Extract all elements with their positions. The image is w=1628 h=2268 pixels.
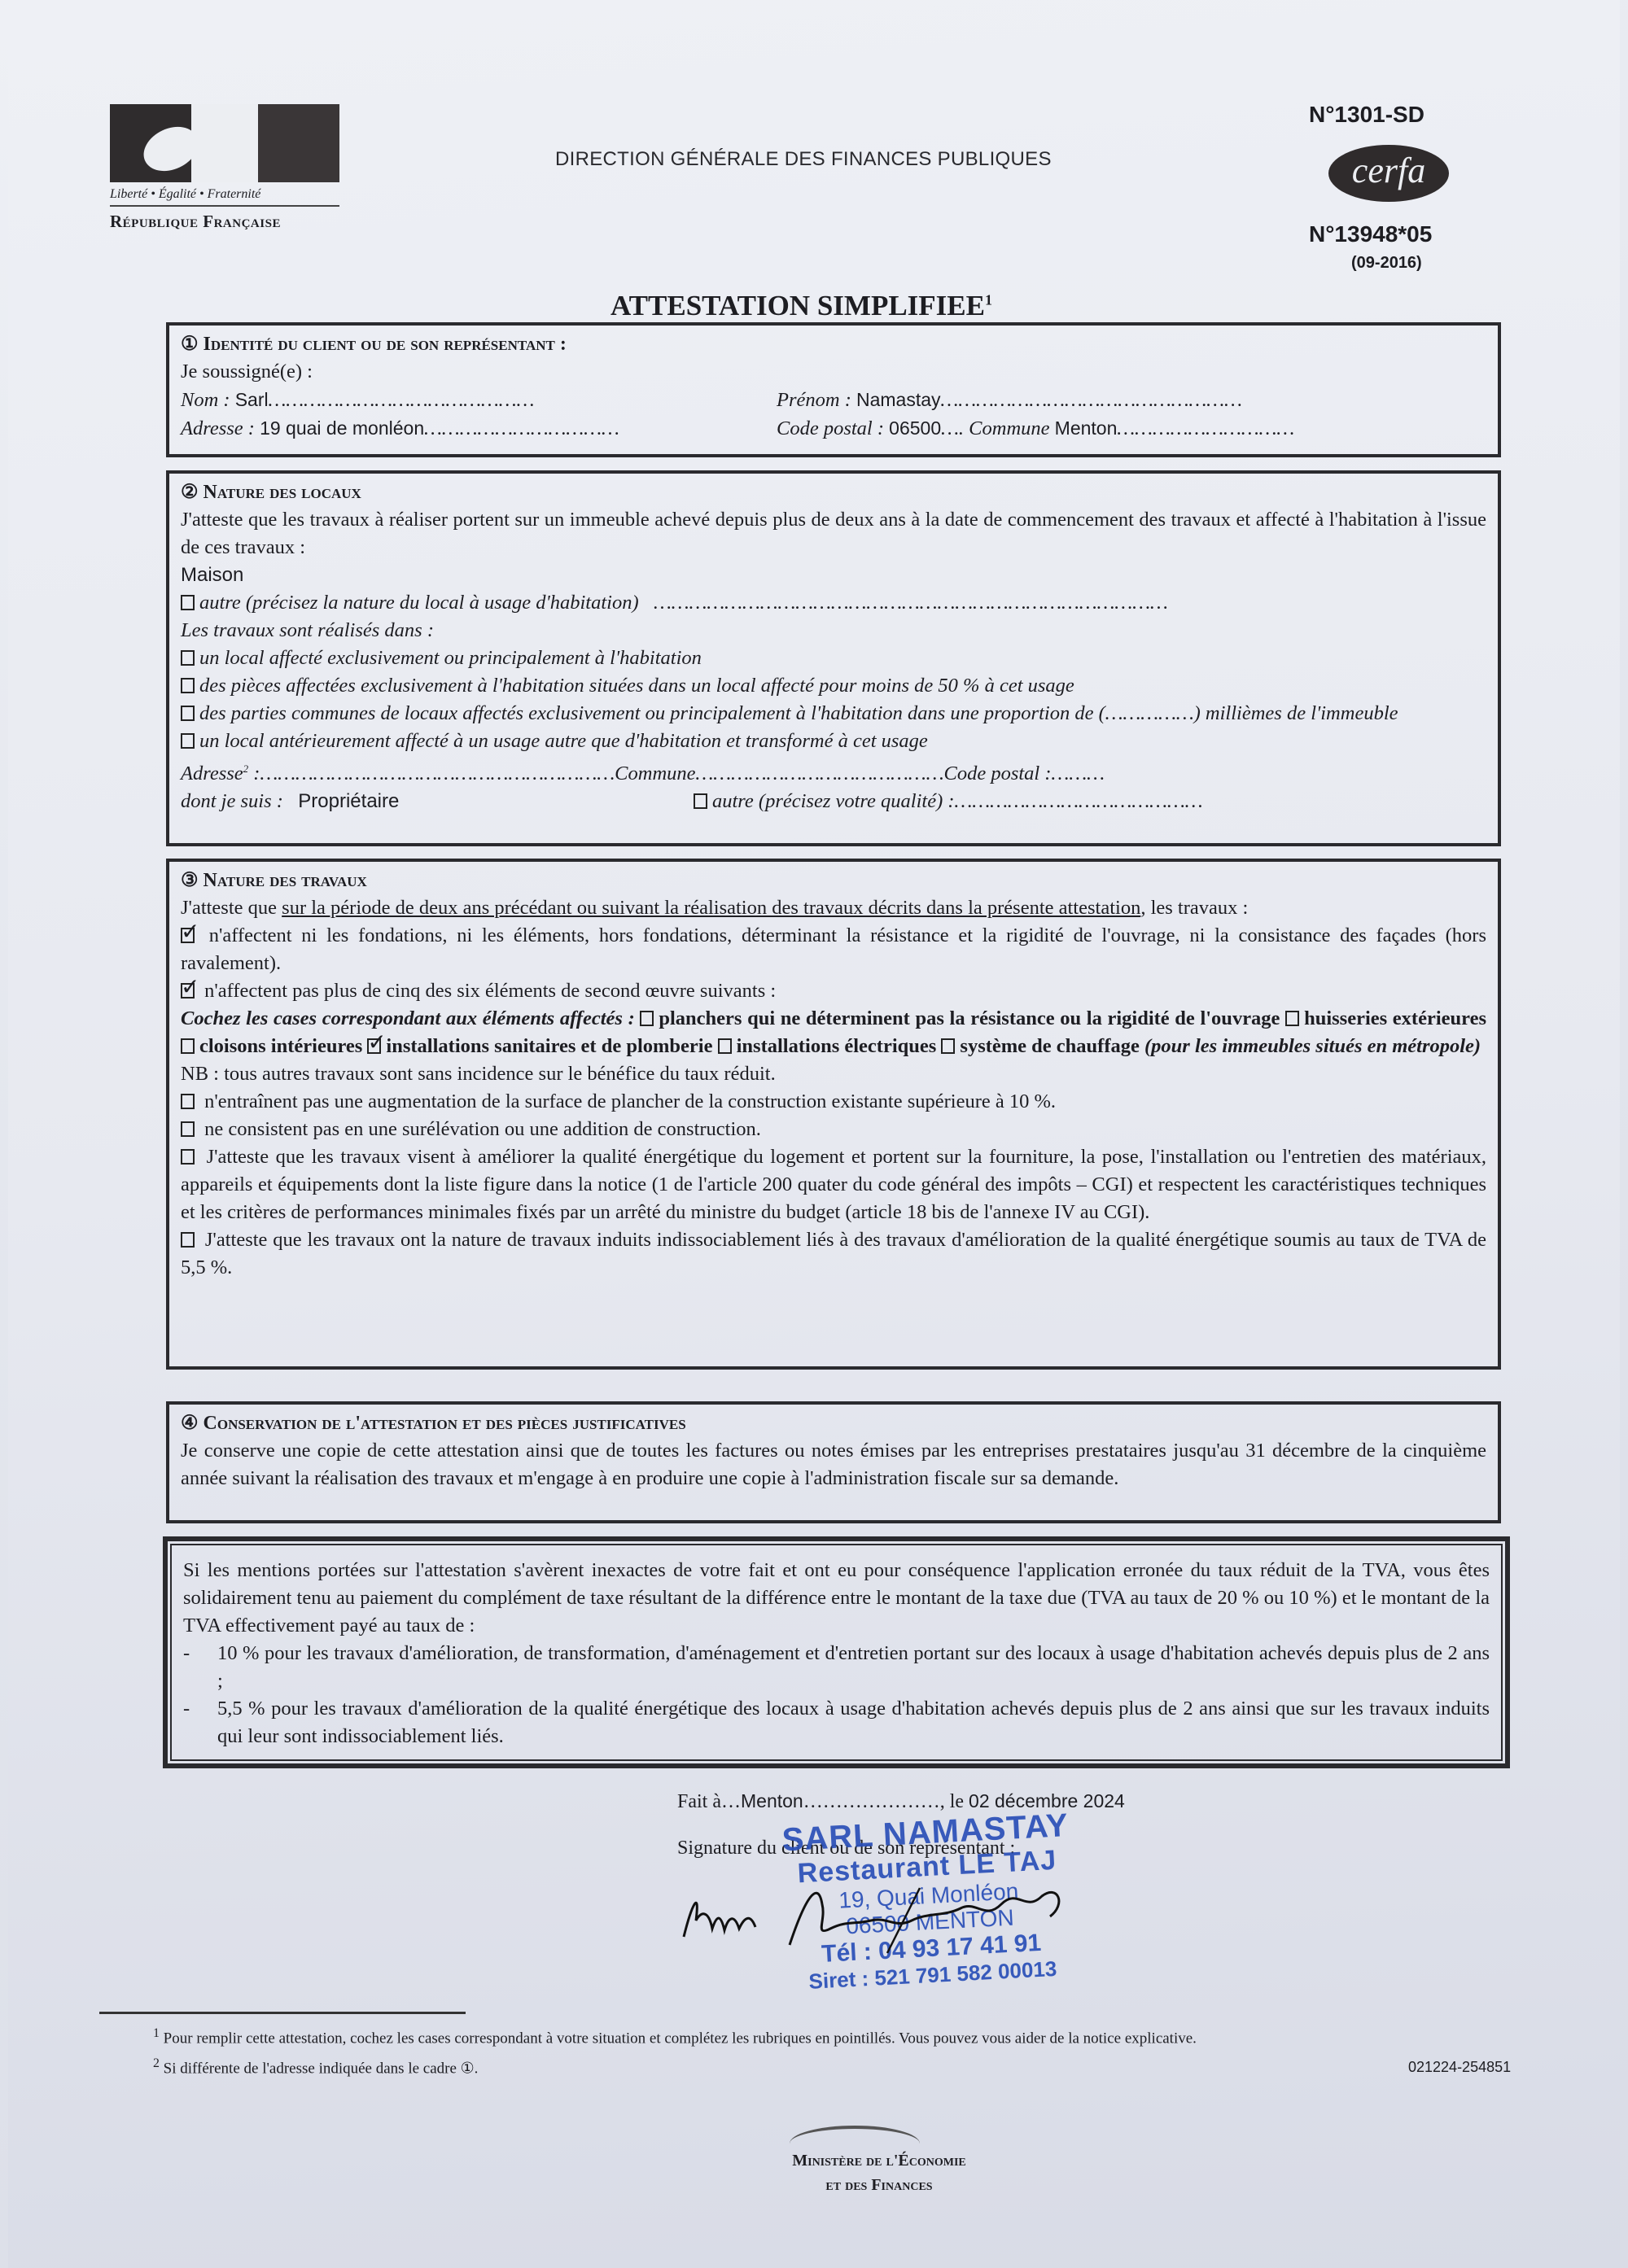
- section-title: ② Nature des locaux: [181, 479, 1486, 506]
- checkbox[interactable]: [181, 733, 195, 749]
- nb-note: NB : tous autres travaux sont sans incid…: [181, 1060, 1486, 1088]
- commune-value[interactable]: Menton: [1055, 417, 1118, 439]
- element-label: système de chauffage: [960, 1035, 1139, 1057]
- checkbox[interactable]: [718, 1038, 732, 1054]
- section-intro: J'atteste que sur la période de deux ans…: [181, 894, 1486, 922]
- handwritten-signature-icon: [676, 1872, 1115, 1961]
- checkbox[interactable]: [181, 1094, 195, 1109]
- qualite-field[interactable]: dont je suis : Propriétaire: [181, 788, 694, 815]
- marianne-icon: [110, 104, 339, 182]
- section-identite: ① Identité du client ou de son représent…: [166, 322, 1501, 457]
- intro-label: Je soussigné(e) :: [181, 358, 1486, 386]
- local-option-1[interactable]: un local affecté exclusivement ou princi…: [181, 645, 1486, 672]
- section-conservation: ④ Conservation de l'attestation et des p…: [166, 1401, 1501, 1523]
- travaux-item-1[interactable]: n'affectent ni les fondations, ni les él…: [181, 922, 1486, 977]
- element-sanitaires[interactable]: installations sanitaires et de plomberie: [367, 1035, 712, 1057]
- autre-local-option[interactable]: autre (précisez la nature du local à usa…: [181, 589, 1486, 617]
- intro-underlined: sur la période de deux ans précédant ou …: [282, 897, 1140, 919]
- footnote-mark: 1: [153, 2026, 160, 2040]
- motto: Liberté • Égalité • Fraternité: [110, 187, 339, 207]
- autre-label: autre (précisez la nature du local à usa…: [199, 592, 639, 614]
- option-label: un local affecté exclusivement ou princi…: [199, 647, 702, 669]
- travaux-item-3[interactable]: n'entraînent pas une augmentation de la …: [181, 1088, 1486, 1116]
- bullet-text: 10 % pour les travaux d'amélioration, de…: [217, 1640, 1490, 1695]
- checkbox[interactable]: [640, 1011, 654, 1026]
- chauffage-note: (pour les immeubles situés en métropole): [1144, 1035, 1481, 1057]
- element-cloisons[interactable]: cloisons intérieures: [181, 1035, 362, 1057]
- agency-name: DIRECTION GÉNÉRALE DES FINANCES PUBLIQUE…: [555, 148, 1052, 171]
- section-title: ③ Nature des travaux: [181, 867, 1486, 894]
- title-footnote-mark: 1: [985, 291, 992, 308]
- code-postal-value[interactable]: 06500: [889, 417, 941, 439]
- section-title: ④ Conservation de l'attestation et des p…: [181, 1409, 1486, 1437]
- form-page: Liberté • Égalité • Fraternité Républiqu…: [8, 0, 1620, 2268]
- local-option-4[interactable]: un local antérieurement affecté à un usa…: [181, 728, 1486, 755]
- adresse-travaux-field[interactable]: Adresse2 :……………………………………………………Commune…………: [181, 755, 1486, 788]
- element-label: huisseries extérieures: [1304, 1007, 1486, 1029]
- checkbox-checked[interactable]: [367, 1038, 381, 1054]
- warning-bullet: -10 % pour les travaux d'amélioration, d…: [183, 1640, 1490, 1695]
- element-label: installations sanitaires et de plomberie: [386, 1035, 712, 1057]
- ministry-name: Ministère de l'Économie et des Finances: [708, 2148, 1050, 2197]
- section-nature-locaux: ② Nature des locaux J'atteste que les tr…: [166, 470, 1501, 846]
- travaux-item-2[interactable]: n'affectent pas plus de cinq des six élé…: [181, 977, 1486, 1005]
- code-postal-label: Code postal :: [944, 763, 1052, 784]
- item-label: J'atteste que les travaux ont la nature …: [181, 1229, 1486, 1278]
- code-postal-commune-field[interactable]: Code postal : 06500…. Commune Menton……………: [777, 414, 1294, 443]
- adresse-field[interactable]: Adresse : 19 quai de monléon……………………………: [181, 414, 777, 443]
- footnote-text: Si différente de l'adresse indiquée dans…: [164, 2060, 479, 2077]
- checkbox[interactable]: [694, 793, 707, 809]
- commune-label: Commune: [969, 417, 1049, 439]
- footnote-2: 2 Si différente de l'adresse indiquée da…: [153, 2056, 478, 2078]
- form-number: N°1301-SD: [1309, 102, 1424, 128]
- checkbox-checked[interactable]: [181, 928, 195, 943]
- footnote-1: 1 Pour remplir cette attestation, cochez…: [153, 2026, 1197, 2047]
- footnote-divider: [99, 2012, 466, 2014]
- cerfa-number: N°13948*05: [1309, 221, 1432, 247]
- nom-value[interactable]: Sarl: [235, 389, 269, 410]
- checkbox[interactable]: [181, 706, 195, 721]
- document-code: 021224-254851: [1408, 2059, 1511, 2076]
- nom-field[interactable]: Nom : Sarl………………………………………: [181, 386, 777, 414]
- checkbox[interactable]: [181, 650, 195, 666]
- option-label: un local antérieurement affecté à un usa…: [199, 730, 928, 752]
- intro-post: , les travaux :: [1140, 897, 1248, 919]
- code-postal-label: Code postal :: [777, 417, 884, 439]
- intro-pre: J'atteste que: [181, 897, 282, 919]
- checkbox-checked[interactable]: [181, 983, 195, 999]
- fait-value[interactable]: Menton: [741, 1790, 803, 1811]
- prenom-value[interactable]: Namastay: [856, 389, 941, 410]
- travaux-item-5[interactable]: J'atteste que les travaux visent à améli…: [181, 1143, 1486, 1226]
- nom-label: Nom :: [181, 389, 230, 411]
- checkbox[interactable]: [181, 1121, 195, 1137]
- footnote-mark: 2: [153, 2056, 160, 2070]
- item-label: n'entraînent pas une augmentation de la …: [204, 1090, 1056, 1112]
- prenom-field[interactable]: Prénom : Namastay……………………………………………: [777, 386, 1242, 414]
- realises-label: Les travaux sont réalisés dans :: [181, 617, 1486, 645]
- element-label: installations électriques: [737, 1035, 937, 1057]
- prenom-label: Prénom :: [777, 389, 851, 411]
- cerfa-logo-icon: cerfa: [1328, 145, 1449, 202]
- element-planchers[interactable]: planchers qui ne déterminent pas la rési…: [640, 1007, 1280, 1029]
- option-label: des pièces affectées exclusivement à l'h…: [199, 675, 1074, 697]
- checkbox[interactable]: [941, 1038, 955, 1054]
- checkbox[interactable]: [181, 678, 195, 693]
- cerfa-date: (09-2016): [1351, 254, 1422, 273]
- nature-value[interactable]: Maison: [181, 562, 1486, 589]
- warning-text: Si les mentions portées sur l'attestatio…: [183, 1557, 1490, 1640]
- commune-label: Commune: [615, 763, 695, 784]
- adresse-label: Adresse: [181, 763, 243, 784]
- republic-name: République Française: [110, 212, 339, 232]
- checkbox[interactable]: [181, 595, 195, 610]
- elements-list: Cochez les cases correspondant aux éléme…: [181, 1005, 1486, 1060]
- checkbox[interactable]: [1285, 1011, 1299, 1026]
- checkbox[interactable]: [181, 1149, 195, 1165]
- ministry-line-2: et des Finances: [708, 2173, 1050, 2197]
- fait-label: Fait à: [677, 1791, 721, 1812]
- qualite-value[interactable]: Propriétaire: [298, 790, 399, 812]
- checkbox[interactable]: [181, 1232, 195, 1248]
- checkbox[interactable]: [181, 1038, 195, 1054]
- adresse-value[interactable]: 19 quai de monléon: [260, 417, 424, 439]
- adresse-label: Adresse :: [181, 417, 255, 439]
- warning-bullet: -5,5 % pour les travaux d'amélioration d…: [183, 1695, 1490, 1750]
- element-electriques[interactable]: installations électriques: [718, 1035, 937, 1057]
- item-label: n'affectent ni les fondations, ni les él…: [181, 924, 1486, 974]
- ministry-line-1: Ministère de l'Économie: [708, 2148, 1050, 2173]
- element-huisseries[interactable]: huisseries extérieures: [1285, 1007, 1486, 1029]
- section-title: ① Identité du client ou de son représent…: [181, 330, 1486, 358]
- autre-qualite-label: autre (précisez votre qualité) :: [712, 790, 955, 812]
- cochez-label: Cochez les cases correspondant aux éléme…: [181, 1007, 635, 1029]
- travaux-item-6[interactable]: J'atteste que les travaux ont la nature …: [181, 1226, 1486, 1282]
- option-label: des parties communes de locaux affectés …: [199, 702, 1398, 724]
- element-label: planchers qui ne déterminent pas la rési…: [659, 1007, 1280, 1029]
- warning-box: Si les mentions portées sur l'attestatio…: [163, 1536, 1510, 1768]
- dont-label: dont je suis :: [181, 790, 283, 812]
- local-option-3[interactable]: des parties communes de locaux affectés …: [181, 700, 1486, 728]
- item-label: n'affectent pas plus de cinq des six élé…: [204, 980, 776, 1002]
- republique-francaise-logo: Liberté • Égalité • Fraternité Républiqu…: [110, 104, 339, 232]
- bullet-text: 5,5 % pour les travaux d'amélioration de…: [217, 1695, 1490, 1750]
- section-nature-travaux: ③ Nature des travaux J'atteste que sur l…: [166, 859, 1501, 1370]
- le-label: le: [950, 1791, 964, 1812]
- footnote-text: Pour remplir cette attestation, cochez l…: [164, 2030, 1197, 2047]
- element-chauffage[interactable]: système de chauffage: [941, 1035, 1139, 1057]
- item-label: ne consistent pas en une surélévation ou…: [204, 1118, 761, 1140]
- section-text: Je conserve une copie de cette attestati…: [181, 1437, 1486, 1492]
- section-intro: J'atteste que les travaux à réaliser por…: [181, 506, 1486, 562]
- title-text: ATTESTATION SIMPLIFIEE: [610, 290, 985, 321]
- local-option-2[interactable]: des pièces affectées exclusivement à l'h…: [181, 672, 1486, 700]
- autre-qualite-option[interactable]: autre (précisez votre qualité) :………………………: [694, 788, 1203, 815]
- travaux-item-4[interactable]: ne consistent pas en une surélévation ou…: [181, 1116, 1486, 1143]
- item-label: J'atteste que les travaux visent à améli…: [181, 1146, 1486, 1223]
- page-title: ATTESTATION SIMPLIFIEE1: [610, 290, 992, 322]
- element-label: cloisons intérieures: [199, 1035, 362, 1057]
